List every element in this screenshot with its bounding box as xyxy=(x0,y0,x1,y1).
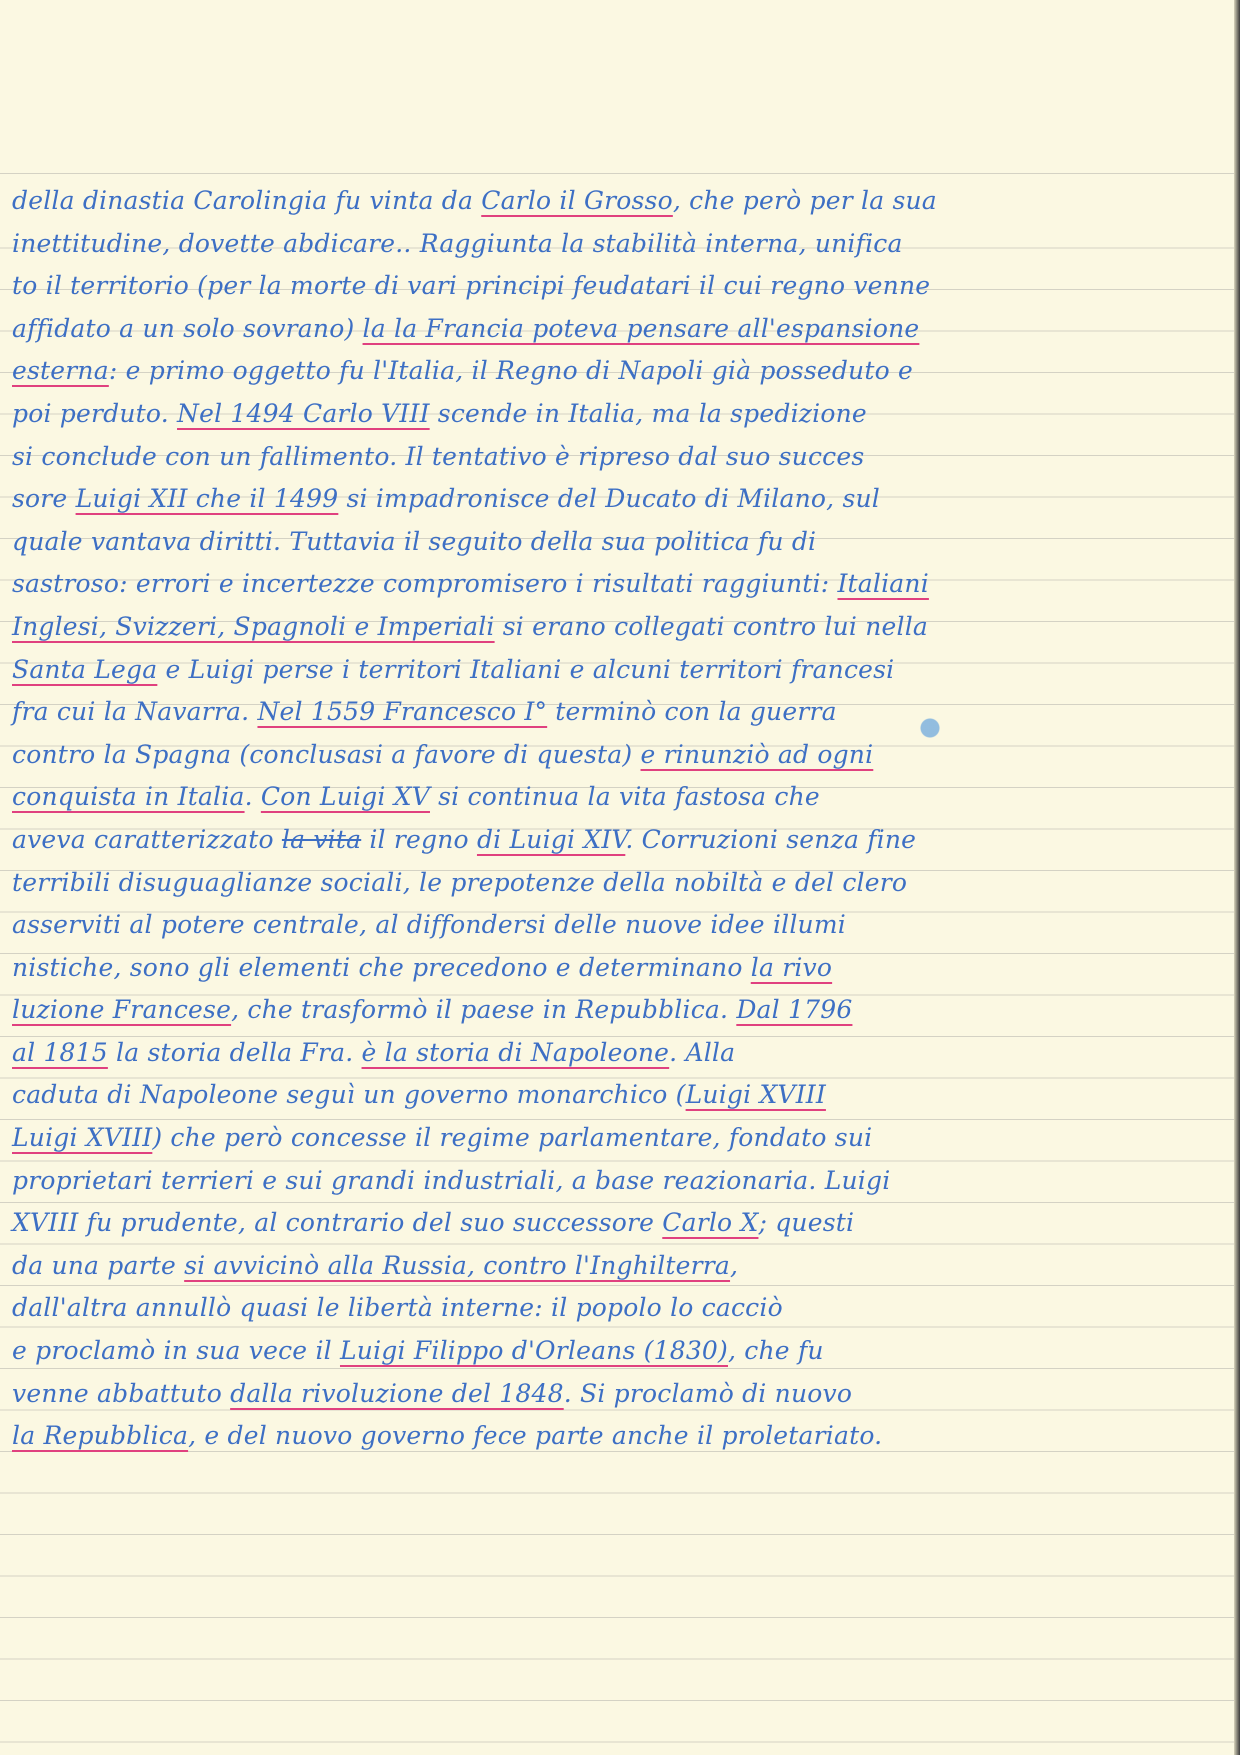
text-line: esterna: e primo oggetto fu l'Italia, il… xyxy=(12,350,1212,393)
underlined-phrase: esterna xyxy=(12,356,109,385)
text-segment: , che trasformò il paese in Repubblica. xyxy=(231,995,736,1024)
underlined-phrase: Carlo X xyxy=(662,1208,758,1237)
text-segment: dall'altra annullò quasi le libertà inte… xyxy=(12,1293,783,1322)
text-segment: il regno xyxy=(361,825,477,854)
text-line: della dinastia Carolingia fu vinta da Ca… xyxy=(12,180,1212,223)
text-segment: sastroso: errori e incertezze compromise… xyxy=(12,569,837,598)
struck-text: la vita xyxy=(282,825,361,854)
text-segment: , xyxy=(730,1251,738,1280)
text-segment: e Luigi perse i territori Italiani e alc… xyxy=(157,655,894,684)
text-line: asserviti al potere centrale, al diffond… xyxy=(12,904,1212,947)
underlined-phrase: Carlo il Grosso xyxy=(481,186,673,215)
text-line: proprietari terrieri e sui grandi indust… xyxy=(12,1160,1212,1203)
text-line: inettitudine, dovette abdicare.. Raggiun… xyxy=(12,223,1212,266)
text-segment: , e del nuovo governo fece parte anche i… xyxy=(188,1421,882,1450)
text-line: conquista in Italia. Con Luigi XV si con… xyxy=(12,776,1212,819)
text-line: poi perduto. Nel 1494 Carlo VIII scende … xyxy=(12,393,1212,436)
underlined-phrase: Nel 1559 Francesco I° xyxy=(257,697,547,726)
text-line: da una parte si avvicinò alla Russia, co… xyxy=(12,1245,1212,1288)
text-line: fra cui la Navarra. Nel 1559 Francesco I… xyxy=(12,691,1212,734)
underlined-phrase: la rivo xyxy=(751,953,832,982)
underlined-phrase: dalla rivoluzione del 1848 xyxy=(230,1379,564,1408)
text-segment: to il territorio (per la morte di vari p… xyxy=(12,271,930,300)
text-segment: quale vantava diritti. Tuttavia il segui… xyxy=(12,527,816,556)
underlined-phrase: Luigi XVIII xyxy=(686,1080,826,1109)
text-line: affidato a un solo sovrano) la la Franci… xyxy=(12,308,1212,351)
text-line: sore Luigi XII che il 1499 si impadronis… xyxy=(12,478,1212,521)
text-segment: sore xyxy=(12,484,76,513)
underlined-phrase: di Luigi XIV xyxy=(477,825,625,854)
text-segment: si conclude con un fallimento. Il tentat… xyxy=(12,442,864,471)
text-segment: . Corruzioni senza fine xyxy=(625,825,916,854)
text-line: luzione Francese, che trasformò il paese… xyxy=(12,989,1212,1032)
text-segment: . Alla xyxy=(669,1038,735,1067)
text-segment: contro la Spagna (conclusasi a favore di… xyxy=(12,740,641,769)
underlined-phrase: Luigi XVIII xyxy=(12,1123,152,1152)
text-line: contro la Spagna (conclusasi a favore di… xyxy=(12,734,1212,777)
text-segment: poi perduto. xyxy=(12,399,177,428)
text-line: Luigi XVIII) che però concesse il regime… xyxy=(12,1117,1212,1160)
text-segment: ; questi xyxy=(758,1208,854,1237)
text-segment: aveva caratterizzato xyxy=(12,825,282,854)
text-line: XVIII fu prudente, al contrario del suo … xyxy=(12,1202,1212,1245)
text-line: terribili disuguaglianze sociali, le pre… xyxy=(12,862,1212,905)
underlined-phrase: Santa Lega xyxy=(12,655,157,684)
underlined-phrase: Inglesi, Svizzeri, Spagnoli e Imperiali xyxy=(12,612,495,641)
text-segment: proprietari terrieri e sui grandi indust… xyxy=(12,1166,890,1195)
text-segment: inettitudine, dovette abdicare.. Raggiun… xyxy=(12,229,903,258)
underlined-phrase: Nel 1494 Carlo VIII xyxy=(177,399,430,428)
notebook-page: della dinastia Carolingia fu vinta da Ca… xyxy=(0,0,1240,1755)
underlined-phrase: Dal 1796 xyxy=(736,995,852,1024)
text-line: caduta di Napoleone seguì un governo mon… xyxy=(12,1074,1212,1117)
text-segment: ) che però concesse il regime parlamenta… xyxy=(152,1123,872,1152)
text-line: aveva caratterizzato la vita il regno di… xyxy=(12,819,1212,862)
text-segment: XVIII fu prudente, al contrario del suo … xyxy=(12,1208,662,1237)
underlined-phrase: Luigi XII che il 1499 xyxy=(76,484,339,513)
text-segment: e proclamò in sua vece il xyxy=(12,1336,340,1365)
text-line: Santa Lega e Luigi perse i territori Ita… xyxy=(12,649,1212,692)
text-line: nistiche, sono gli elementi che precedon… xyxy=(12,947,1212,990)
text-segment: venne abbattuto xyxy=(12,1379,230,1408)
text-line: to il territorio (per la morte di vari p… xyxy=(12,265,1212,308)
text-segment: affidato a un solo sovrano) xyxy=(12,314,363,343)
text-segment: , che però per la sua xyxy=(673,186,937,215)
text-line: la Repubblica, e del nuovo governo fece … xyxy=(12,1415,1212,1458)
text-segment: fra cui la Navarra. xyxy=(12,697,257,726)
text-line: dall'altra annullò quasi le libertà inte… xyxy=(12,1287,1212,1330)
text-segment: , che fu xyxy=(728,1336,824,1365)
text-line: al 1815 la storia della Fra. è la storia… xyxy=(12,1032,1212,1075)
text-segment: caduta di Napoleone seguì un governo mon… xyxy=(12,1080,686,1109)
text-segment: . xyxy=(245,782,261,811)
underlined-phrase: e rinunziò ad ogni xyxy=(641,740,874,769)
text-line: e proclamò in sua vece il Luigi Filippo … xyxy=(12,1330,1212,1373)
underlined-phrase: Italiani xyxy=(837,569,928,598)
text-segment: asserviti al potere centrale, al diffond… xyxy=(12,910,846,939)
page-edge-shadow xyxy=(1234,0,1240,1755)
underlined-phrase: la la Francia poteva pensare all'espansi… xyxy=(363,314,920,343)
text-segment: nistiche, sono gli elementi che precedon… xyxy=(12,953,751,982)
text-segment: da una parte xyxy=(12,1251,184,1280)
underlined-phrase: la Repubblica xyxy=(12,1421,188,1450)
text-segment: della dinastia Carolingia fu vinta da xyxy=(12,186,481,215)
underlined-phrase: Luigi Filippo d'Orleans (1830) xyxy=(340,1336,728,1365)
text-segment: si continua la vita fastosa che xyxy=(430,782,820,811)
text-segment: terribili disuguaglianze sociali, le pre… xyxy=(12,868,907,897)
text-line: venne abbattuto dalla rivoluzione del 18… xyxy=(12,1373,1212,1416)
underlined-phrase: luzione Francese xyxy=(12,995,231,1024)
text-line: sastroso: errori e incertezze compromise… xyxy=(12,563,1212,606)
text-segment: scende in Italia, ma la spedizione xyxy=(430,399,867,428)
underlined-phrase: al 1815 xyxy=(12,1038,108,1067)
text-segment: terminò con la guerra xyxy=(547,697,837,726)
text-segment: si impadronisce del Ducato di Milano, su… xyxy=(338,484,880,513)
underlined-phrase: conquista in Italia xyxy=(12,782,245,811)
underlined-phrase: si avvicinò alla Russia, contro l'Inghil… xyxy=(184,1251,730,1280)
handwritten-text-body: della dinastia Carolingia fu vinta da Ca… xyxy=(12,180,1212,1458)
ruled-line-top xyxy=(0,173,1240,174)
text-segment: si erano collegati contro lui nella xyxy=(495,612,928,641)
text-line: quale vantava diritti. Tuttavia il segui… xyxy=(12,521,1212,564)
text-segment: . Si proclamò di nuovo xyxy=(564,1379,852,1408)
text-line: si conclude con un fallimento. Il tentat… xyxy=(12,436,1212,479)
text-line: Inglesi, Svizzeri, Spagnoli e Imperiali … xyxy=(12,606,1212,649)
underlined-phrase: Con Luigi XV xyxy=(261,782,430,811)
text-segment: la storia della Fra. xyxy=(108,1038,362,1067)
underlined-phrase: è la storia di Napoleone xyxy=(362,1038,670,1067)
text-segment: : e primo oggetto fu l'Italia, il Regno … xyxy=(109,356,913,385)
